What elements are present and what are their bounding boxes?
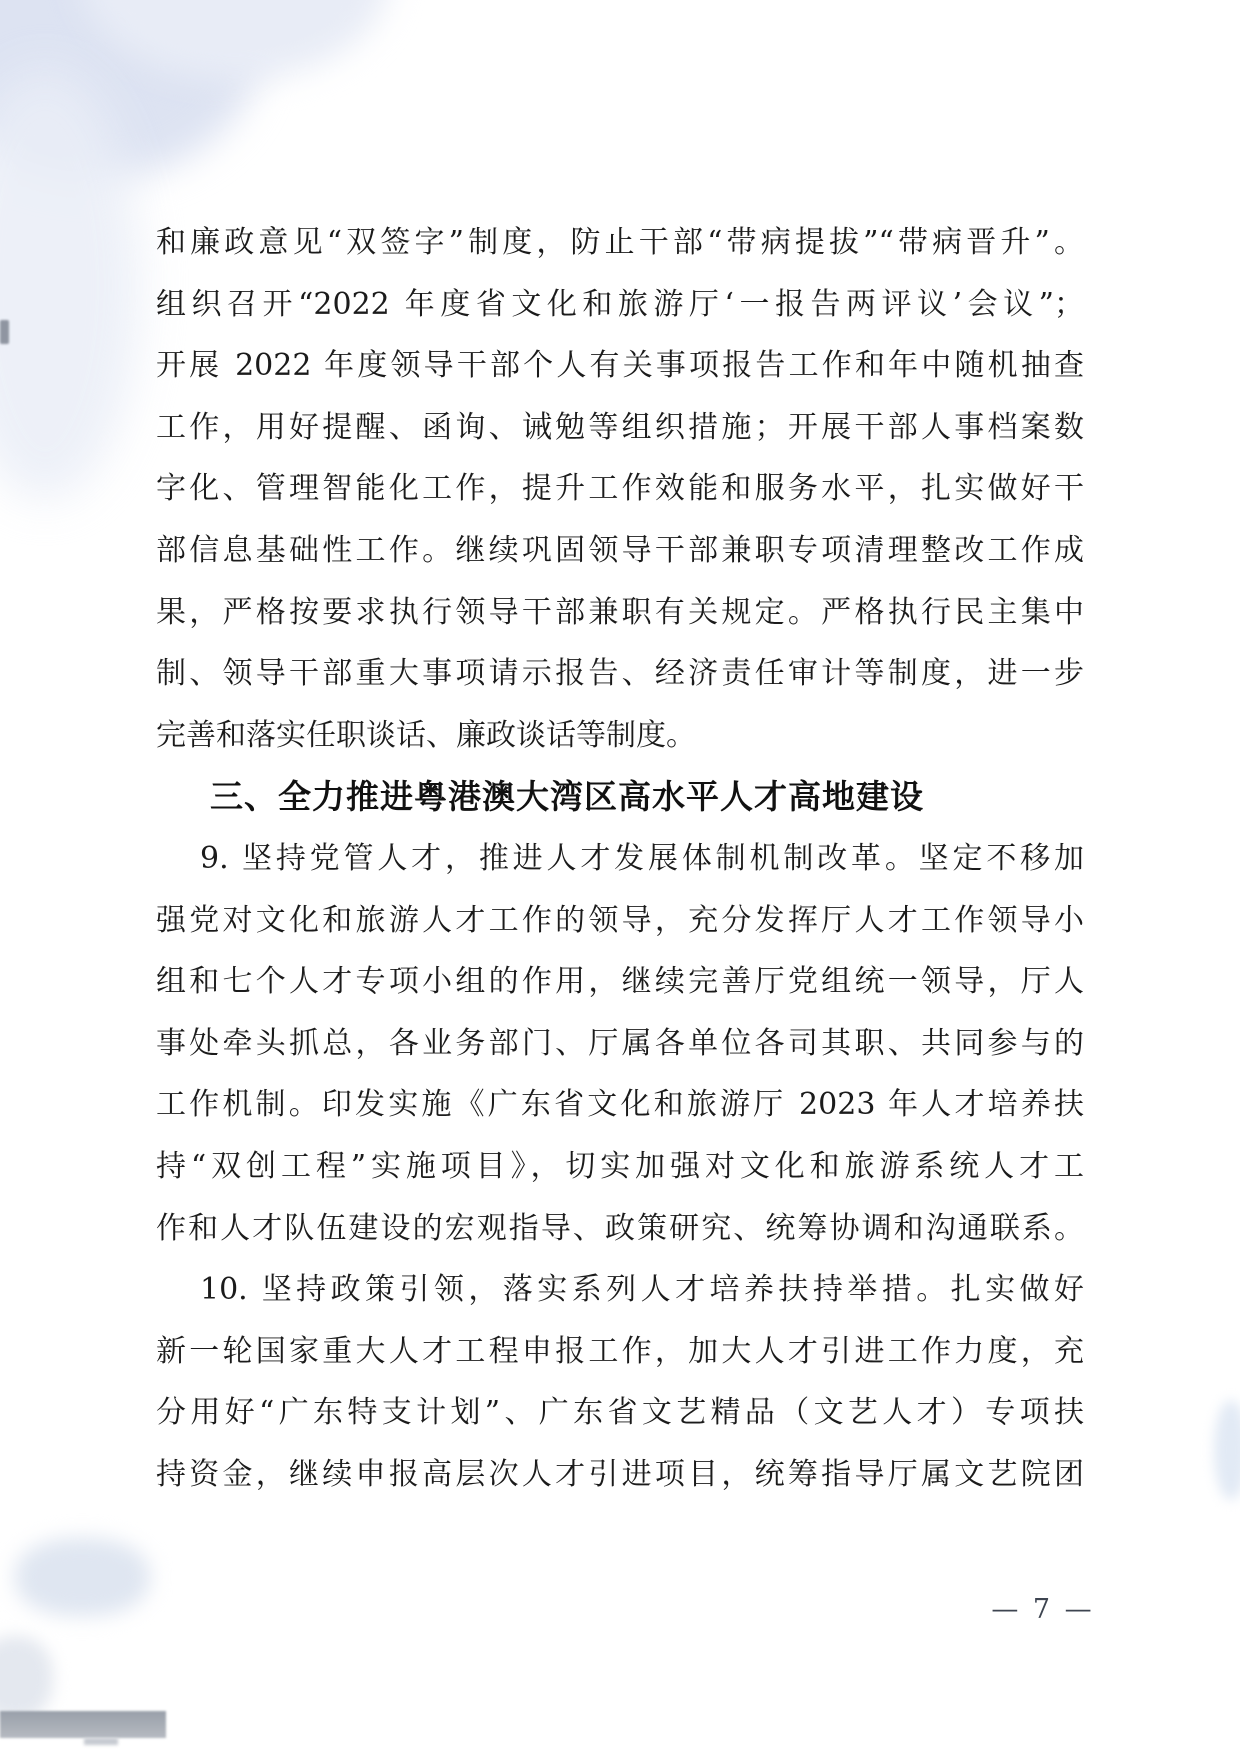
text-line: 完善和落实任职谈话、廉政谈话等制度。	[156, 705, 1084, 767]
text-line: 持“双创工程”实施项目》，切实加强对文化和旅游系统人才工	[156, 1136, 1084, 1198]
section-heading: 三、全力推进粤港澳大湾区高水平人才高地建设	[156, 766, 1084, 828]
text-line: 制、领导干部重大事项请示报告、经济责任审计等制度，进一步	[156, 643, 1084, 705]
document-page: 和廉政意见“双签字”制度，防止干部“带病提拔”“带病晋升”。 组织召开“2022…	[156, 212, 1084, 1505]
scan-artifact-bottom-left-patch	[15, 1538, 150, 1616]
paragraph-start-line: 10. 坚持政策引领，落实系列人才培养扶持举措。扎实做好	[156, 1259, 1084, 1321]
scan-artifact-left-strip	[0, 70, 140, 500]
text-line: 分用好“广东特支计划”、广东省文艺精品（文艺人才）专项扶	[156, 1382, 1084, 1444]
scan-artifact-bottom-gray-mark	[84, 1738, 118, 1745]
text-line: 组织召开“2022 年度省文化和旅游厅‘一报告两评议’会议”；	[156, 274, 1084, 336]
text-line: 字化、管理智能化工作，提升工作效能和服务水平，扎实做好干	[156, 458, 1084, 520]
text-line: 部信息基础性工作。继续巩固领导干部兼职专项清理整改工作成	[156, 520, 1084, 582]
scan-artifact-top-left-blob	[80, 0, 390, 80]
text-line: 开展 2022 年度领导干部个人有关事项报告工作和年中随机抽查	[156, 335, 1084, 397]
page-number: — 7 —	[968, 1594, 1118, 1625]
text-line: 工作，用好提醒、函询、诫勉等组织措施；开展干部人事档案数	[156, 397, 1084, 459]
text-line: 和廉政意见“双签字”制度，防止干部“带病提拔”“带病晋升”。	[156, 212, 1084, 274]
scan-artifact-left-speck	[0, 320, 9, 344]
text-line: 组和七个人才专项小组的作用，继续完善厅党组统一领导，厅人	[156, 951, 1084, 1013]
text-line: 强党对文化和旅游人才工作的领导，充分发挥厅人才工作领导小	[156, 890, 1084, 952]
text-line: 作和人才队伍建设的宏观指导、政策研究、统筹协调和沟通联系。	[156, 1198, 1084, 1260]
text-line: 工作机制。印发实施《广东省文化和旅游厅 2023 年人才培养扶	[156, 1074, 1084, 1136]
scan-artifact-right-edge-patch	[1214, 1400, 1240, 1500]
text-line: 事处牵头抓总，各业务部门、厅属各单位各司其职、共同参与的	[156, 1013, 1084, 1075]
scan-artifact-top-left-blob	[0, 0, 260, 180]
text-line: 新一轮国家重大人才工程申报工作，加大人才引进工作力度，充	[156, 1321, 1084, 1383]
scan-artifact-bottom-gray-band	[0, 1711, 166, 1738]
paragraph-start-line: 9. 坚持党管人才，推进人才发展体制机制改革。坚定不移加	[156, 828, 1084, 890]
scan-artifact-bottom-left-patch	[0, 1636, 53, 1720]
text-line: 持资金，继续申报高层次人才引进项目，统筹指导厅属文艺院团	[156, 1444, 1084, 1506]
text-line: 果，严格按要求执行领导干部兼职有关规定。严格执行民主集中	[156, 582, 1084, 644]
